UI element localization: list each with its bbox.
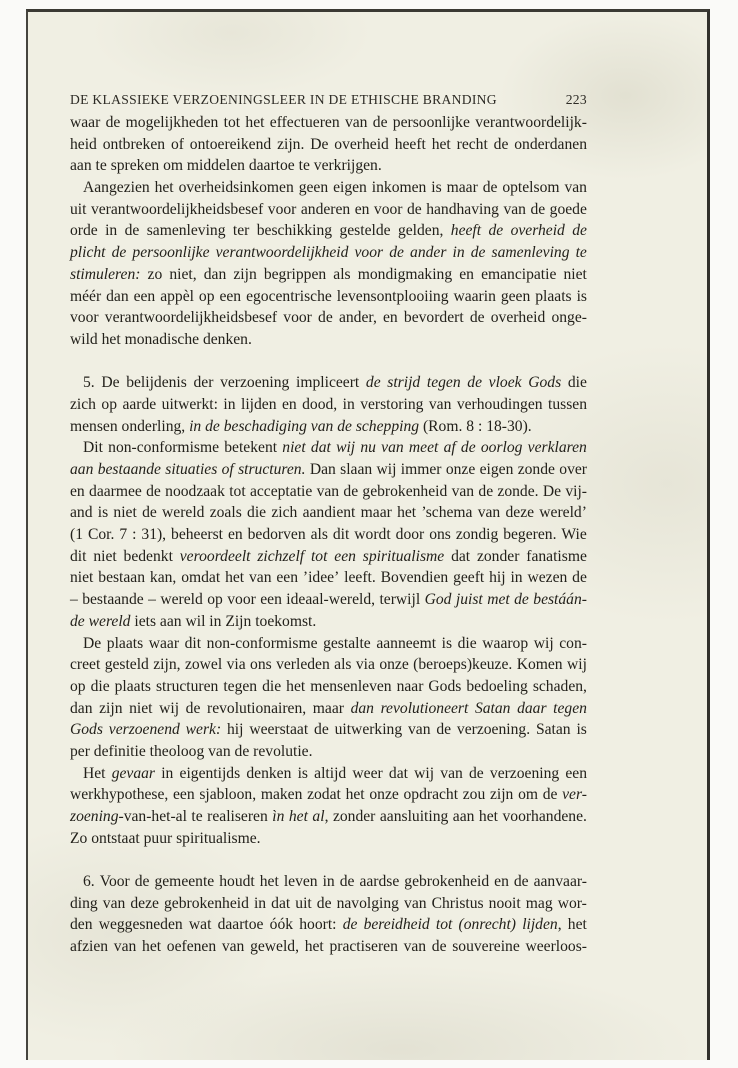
- text-line: zoening-van-het-alterealiserenìnhetal,zo…: [70, 806, 587, 828]
- text-line: endaarmeedenoodzaaktotacceptatievandegeb…: [70, 481, 587, 503]
- text-line: (1Cor.7:31),beheerstenbedorvenalsditword…: [70, 524, 587, 546]
- text-line: creetgesteldzijn,zowelviaonsverledenalsv…: [70, 654, 587, 676]
- text-line: per definitie theoloog van de revolutie.: [70, 741, 587, 763]
- paragraph: Hetgevaarineigentijdsdenkenisaltijdweerd…: [70, 763, 587, 850]
- text-line: aanbestaandesituatiesofstructuren.Dansla…: [70, 459, 587, 481]
- text-line: de wereld iets aan wil in Zijn toekomst.: [70, 611, 587, 633]
- text-line: Ditnon-conformismebetekentnietdatwijnuva…: [70, 437, 587, 459]
- body-text: waardemogelijkhedentotheteffectuerenvand…: [70, 112, 587, 958]
- text-line: ordeindesamenlevingterbeschikkinggesteld…: [70, 220, 587, 242]
- text-line: méérdaneenappèlopeenegocentrischelevenso…: [70, 286, 587, 308]
- text-line: –bestaande–wereldopvooreenideaal-wereld,…: [70, 589, 587, 611]
- text-line: zichopaardeuitwerkt:inlijdenendood,inver…: [70, 394, 587, 416]
- text-line: heidontbrekenofontoereikendzijn.Deoverhe…: [70, 134, 587, 156]
- text-line: 6.Voordegemeentehoudthetlevenindeaardseg…: [70, 871, 587, 893]
- paragraph: waardemogelijkhedentotheteffectuerenvand…: [70, 112, 587, 177]
- text-line: aan te spreken om middelen daartoe te ve…: [70, 155, 587, 177]
- text-line: plichtdepersoonlijkeverantwoordelijkheid…: [70, 242, 587, 264]
- text-line: 5.Debelijdenisderverzoeningimpliceertdes…: [70, 372, 587, 394]
- header-title: DE KLASSIEKE VERZOENINGSLEER IN DE ETHIS…: [70, 92, 497, 108]
- text-line: andisnietdewereldzoalsdiezichaandientmaa…: [70, 502, 587, 524]
- text-line: afzienvanhetoefenenvangeweld,hetpractise…: [70, 936, 587, 958]
- paragraph: 6.Voordegemeentehoudthetlevenindeaardseg…: [70, 871, 587, 958]
- text-line: Hetgevaarineigentijdsdenkenisaltijdweerd…: [70, 763, 587, 785]
- text-line: ditnietbedenktveroordeeltzichzelftoteens…: [70, 546, 587, 568]
- text-line: voorverantwoordelijkheidsbesefvoordeande…: [70, 307, 587, 329]
- text-line: danzijnnietwijderevolutionairen,maardanr…: [70, 698, 587, 720]
- text-line: uitverantwoordelijkheidsbesefvooranderen…: [70, 199, 587, 221]
- text-line: Deplaatswaarditnon-conformismegestalteaa…: [70, 633, 587, 655]
- paragraph: 5.Debelijdenisderverzoeningimpliceertdes…: [70, 372, 587, 437]
- text-line: opdieplaatsstructurentegendiehetmensenle…: [70, 676, 587, 698]
- text-line: dingvandezegebrokenheidindatuitdenavolgi…: [70, 893, 587, 915]
- paragraph: Ditnon-conformismebetekentnietdatwijnuva…: [70, 437, 587, 632]
- text-line: wild het monadische denken.: [70, 329, 587, 351]
- running-header: DE KLASSIEKE VERZOENINGSLEER IN DE ETHIS…: [70, 92, 587, 108]
- paragraph: Deplaatswaarditnon-conformismegestalteaa…: [70, 633, 587, 763]
- scan-page: DE KLASSIEKE VERZOENINGSLEER IN DE ETHIS…: [26, 9, 710, 1060]
- scanned-book-photo: { "scan": { "paper_color": "#f0efe3", "e…: [0, 0, 738, 1068]
- text-line: waardemogelijkhedentotheteffectuerenvand…: [70, 112, 587, 134]
- text-line: werkhypothese,eensjabloon,makenzodatheto…: [70, 784, 587, 806]
- text-line: Godsverzoenendwerk:hijweerstaatdeuitwerk…: [70, 719, 587, 741]
- text-line: Zo ontstaat puur spiritualisme.: [70, 828, 587, 850]
- text-line: denweggesnedenwatdaartoeóókhoort:deberei…: [70, 914, 587, 936]
- text-line: Aangezienhetoverheidsinkomengeeneigenink…: [70, 177, 587, 199]
- paragraph: Aangezienhetoverheidsinkomengeeneigenink…: [70, 177, 587, 351]
- text-line: nietbestaankan,omdathetvaneen’idee’leeft…: [70, 567, 587, 589]
- text-line: stimuleren:zoniet,danzijnbegrippenalsmon…: [70, 264, 587, 286]
- page-number: 223: [566, 92, 587, 108]
- text-line: mensen onderling, in de beschadiging van…: [70, 416, 587, 438]
